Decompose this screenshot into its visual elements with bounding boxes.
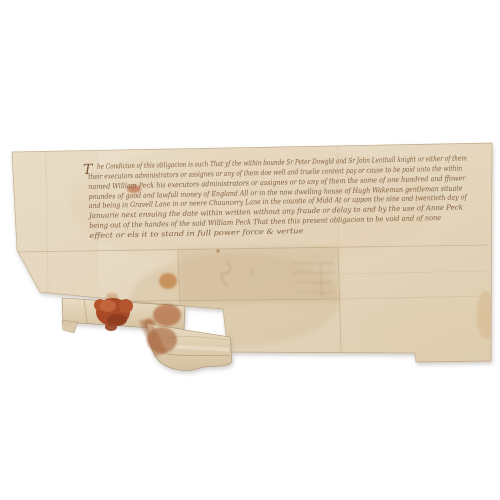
parchment-document: T he Condicion of this obligacion is suc… — [0, 0, 500, 500]
tag-fold-corner — [62, 320, 78, 333]
photograph: T he Condicion of this obligacion is suc… — [0, 0, 500, 500]
edge-stain — [477, 291, 495, 339]
small-spot — [216, 249, 219, 252]
rust-stain — [153, 304, 181, 326]
fold-panel-shading — [178, 246, 340, 304]
rust-spot — [159, 273, 177, 289]
rust-stain — [147, 327, 177, 353]
